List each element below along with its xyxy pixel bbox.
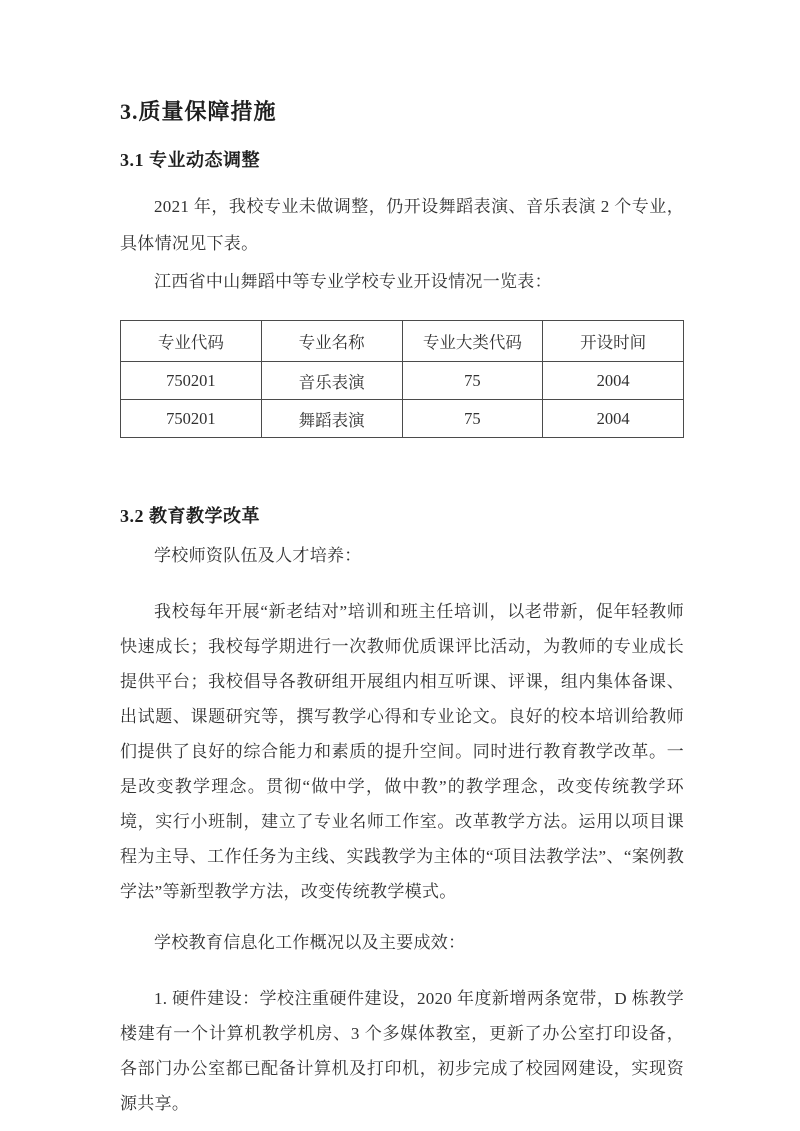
table-cell: 75: [402, 362, 543, 400]
document-page: 3.质量保障措施 3.1 专业动态调整 2021 年，我校专业未做调整，仍开设舞…: [0, 0, 800, 1131]
table-header-cell-category: 专业大类代码: [402, 321, 543, 362]
teaching-reform-paragraph: 我校每年开展“新老结对”培训和班主任培训，以老带新，促年轻教师快速成长；我校每学…: [120, 594, 684, 909]
table-header-cell-code: 专业代码: [121, 321, 262, 362]
table-cell: 750201: [121, 400, 262, 438]
hardware-construction-paragraph: 1. 硬件建设：学校注重硬件建设，2020 年度新增两条宽带，D 栋教学楼建有一…: [120, 981, 684, 1121]
table-cell: 750201: [121, 362, 262, 400]
table-cell: 2004: [543, 362, 684, 400]
table-row: 750201 舞蹈表演 75 2004: [121, 400, 684, 438]
section-3-1-heading: 3.1 专业动态调整: [120, 148, 684, 172]
informatization-lead: 学校教育信息化工作概况以及主要成效：: [120, 931, 684, 955]
section-3-2-heading: 3.2 教育教学改革: [120, 504, 684, 528]
table-cell: 2004: [543, 400, 684, 438]
table-cell: 75: [402, 400, 543, 438]
table-cell: 音乐表演: [261, 362, 402, 400]
main-heading: 3.质量保障措施: [120, 97, 684, 127]
table-header-cell-name: 专业名称: [261, 321, 402, 362]
table-header-row: 专业代码 专业名称 专业大类代码 开设时间: [121, 321, 684, 362]
table-cell: 舞蹈表演: [261, 400, 402, 438]
table-row: 750201 音乐表演 75 2004: [121, 362, 684, 400]
programs-table: 专业代码 专业名称 专业大类代码 开设时间 750201 音乐表演 75 200…: [120, 320, 684, 438]
table-caption: 江西省中山舞蹈中等专业学校专业开设情况一览表：: [120, 270, 684, 294]
teacher-training-lead: 学校师资队伍及人才培养：: [120, 544, 684, 568]
section-3-1-paragraph: 2021 年，我校专业未做调整，仍开设舞蹈表演、音乐表演 2 个专业，具体情况见…: [120, 188, 684, 262]
table-header-cell-time: 开设时间: [543, 321, 684, 362]
